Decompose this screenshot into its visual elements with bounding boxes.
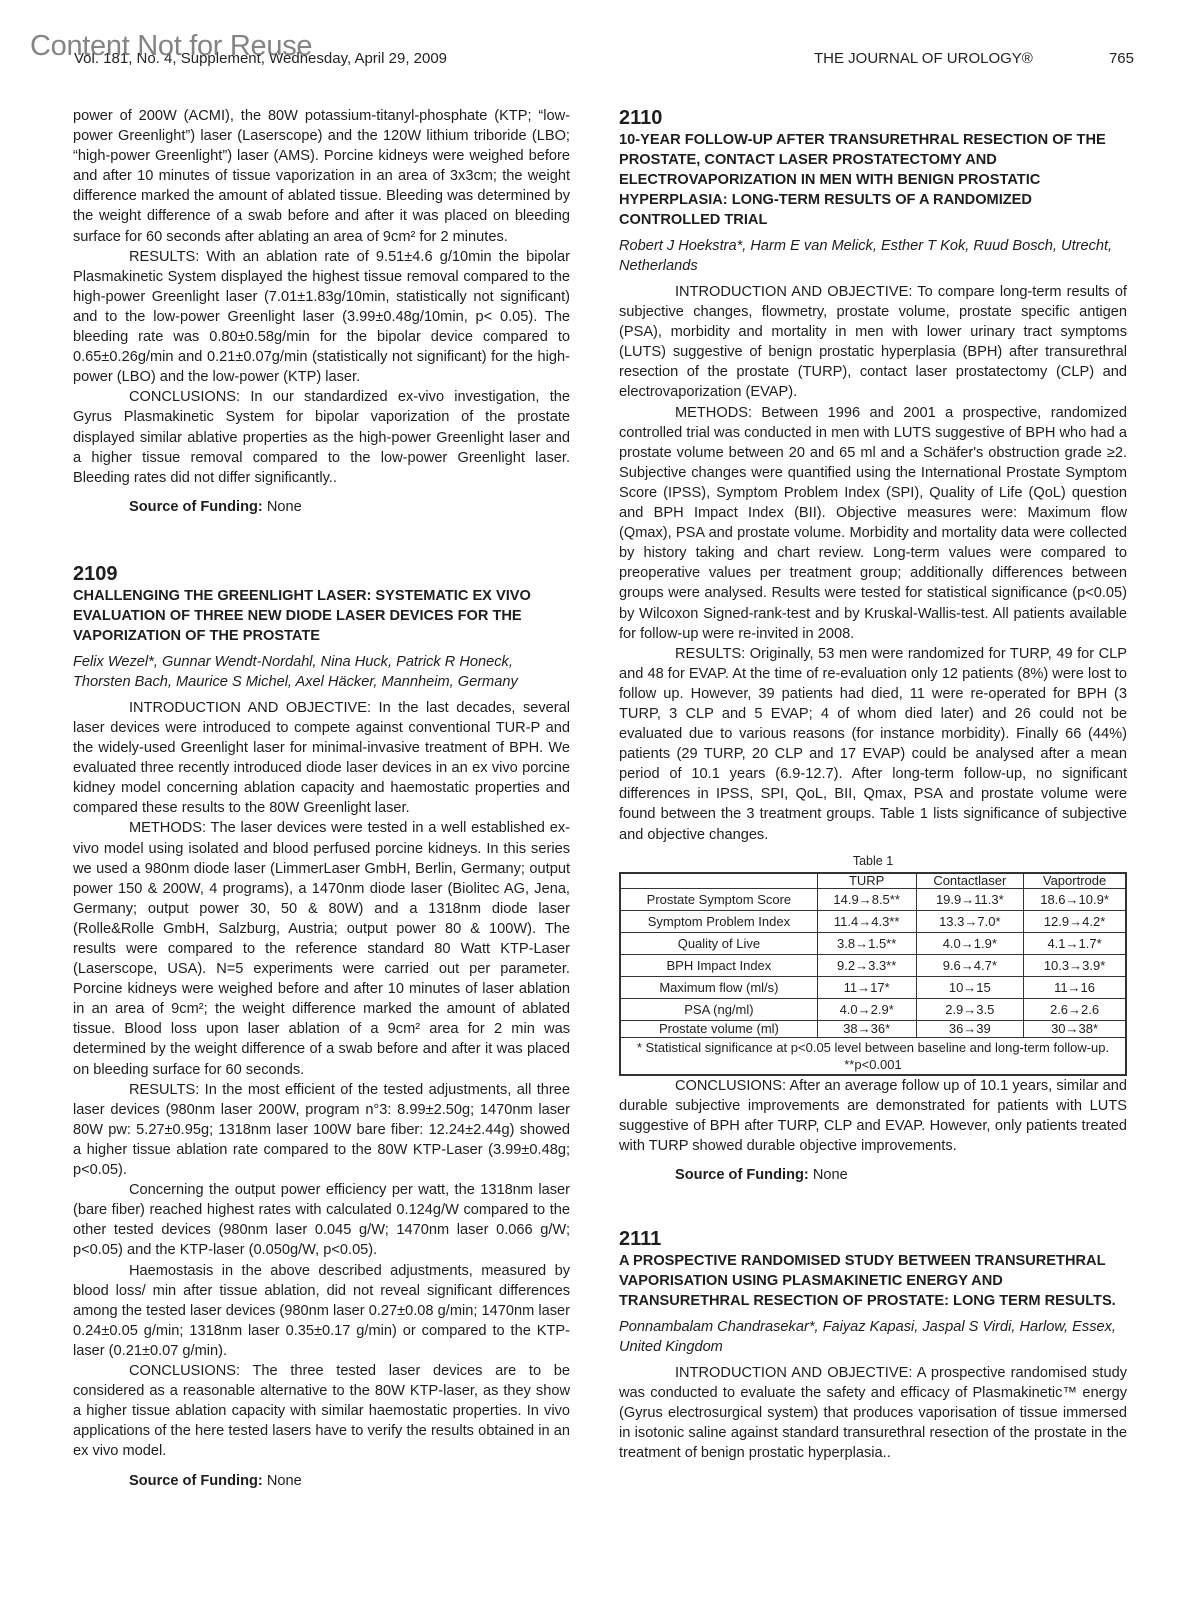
table-caption: Table 1 [619,853,1127,869]
abstract-number: 2110 [619,106,1127,130]
table-header-blank [620,873,817,889]
cell-contactlaser: 10→15 [916,976,1024,998]
table-header-turp: TURP [817,873,916,889]
cell-contactlaser: 4.0→1.9* [916,932,1024,954]
table-row: PSA (ng/ml) 4.0→2.9* 2.9→3.5 2.6→2.6 [620,998,1126,1020]
abstract-methods: METHODS: The laser devices were tested i… [73,818,570,1079]
cell-turp: 38→36* [817,1020,916,1037]
funding-label: Source of Funding: [675,1167,809,1183]
table-row: Quality of Live 3.8→1.5** 4.0→1.9* 4.1→1… [620,932,1126,954]
abstract-number: 2109 [73,562,570,586]
abstract-intro: INTRODUCTION AND OBJECTIVE: To compare l… [619,282,1127,403]
table-row: Symptom Problem Index 11.4→4.3** 13.3→7.… [620,910,1126,932]
table-footnote: * Statistical significance at p<0.05 lev… [620,1037,1126,1075]
table-row: BPH Impact Index 9.2→3.3** 9.6→4.7* 10.3… [620,954,1126,976]
abstract-2108-results: RESULTS: With an ablation rate of 9.51±4… [73,247,570,388]
cell-turp: 9.2→3.3** [817,954,916,976]
cell-vaportrode: 30→38* [1024,1020,1126,1037]
cell-contactlaser: 36→39 [916,1020,1024,1037]
funding-label: Source of Funding: [129,1473,263,1489]
abstract-authors: Ponnambalam Chandrasekar*, Faiyaz Kapasi… [619,1317,1127,1357]
funding-value: None [809,1167,848,1183]
funding-value: None [263,499,302,515]
abstract-results-haemostasis: Haemostasis in the above described adjus… [73,1261,570,1361]
abstract-authors: Felix Wezel*, Gunnar Wendt-Nordahl, Nina… [73,652,570,692]
table-header-row: TURP Contactlaser Vaportrode [620,873,1126,889]
row-label: Quality of Live [620,932,817,954]
watermark: Content Not for Reuse [30,30,312,63]
cell-turp: 11→17* [817,976,916,998]
abstract-funding: Source of Funding: None [675,1165,1127,1185]
abstract-2108-funding: Source of Funding: None [129,497,570,517]
abstract-results: RESULTS: In the most efficient of the te… [73,1080,570,1180]
table-row: Prostate volume (ml) 38→36* 36→39 30→38* [620,1020,1126,1037]
cell-contactlaser: 2.9→3.5 [916,998,1024,1020]
cell-vaportrode: 4.1→1.7* [1024,932,1126,954]
cell-turp: 3.8→1.5** [817,932,916,954]
abstract-number: 2111 [619,1227,1127,1251]
right-column: 2110 10-YEAR FOLLOW-UP AFTER TRANSURETHR… [619,106,1127,1464]
journal-name: THE JOURNAL OF UROLOGY® [814,50,1033,67]
row-label: BPH Impact Index [620,954,817,976]
abstract-authors: Robert J Hoekstra*, Harm E van Melick, E… [619,236,1127,276]
abstract-methods: METHODS: Between 1996 and 2001 a prospec… [619,403,1127,644]
row-label: Prostate volume (ml) [620,1020,817,1037]
abstract-title: A PROSPECTIVE RANDOMISED STUDY BETWEEN T… [619,1251,1127,1311]
cell-turp: 11.4→4.3** [817,910,916,932]
abstract-title: 10-YEAR FOLLOW-UP AFTER TRANSURETHRAL RE… [619,130,1127,230]
funding-label: Source of Funding: [129,499,263,515]
row-label: PSA (ng/ml) [620,998,817,1020]
abstract-2109: 2109 CHALLENGING THE GREENLIGHT LASER: S… [73,562,570,1492]
table-footnote-row: * Statistical significance at p<0.05 lev… [620,1037,1126,1075]
cell-contactlaser: 19.9→11.3* [916,888,1024,910]
cell-contactlaser: 13.3→7.0* [916,910,1024,932]
cell-turp: 4.0→2.9* [817,998,916,1020]
abstract-2108-conclusions: CONCLUSIONS: In our standardized ex-vivo… [73,387,570,487]
funding-value: None [263,1473,302,1489]
abstract-intro: INTRODUCTION AND OBJECTIVE: In the last … [73,698,570,819]
cell-turp: 14.9→8.5** [817,888,916,910]
cell-vaportrode: 18.6→10.9* [1024,888,1126,910]
table-row: Maximum flow (ml/s) 11→17* 10→15 11→16 [620,976,1126,998]
abstract-2108-methods-continued: power of 200W (ACMI), the 80W potassium-… [73,106,570,247]
results-table: TURP Contactlaser Vaportrode Prostate Sy… [619,872,1127,1076]
abstract-title: CHALLENGING THE GREENLIGHT LASER: SYSTEM… [73,586,570,646]
cell-vaportrode: 12.9→4.2* [1024,910,1126,932]
page-number: 765 [1109,50,1134,67]
cell-vaportrode: 10.3→3.9* [1024,954,1126,976]
table-row: Prostate Symptom Score 14.9→8.5** 19.9→1… [620,888,1126,910]
abstract-funding: Source of Funding: None [129,1471,570,1491]
cell-vaportrode: 2.6→2.6 [1024,998,1126,1020]
table-header-contactlaser: Contactlaser [916,873,1024,889]
abstract-conclusions: CONCLUSIONS: The three tested laser devi… [73,1361,570,1461]
abstract-intro: INTRODUCTION AND OBJECTIVE: A prospectiv… [619,1363,1127,1463]
left-column: power of 200W (ACMI), the 80W potassium-… [73,106,570,1492]
row-label: Prostate Symptom Score [620,888,817,910]
row-label: Symptom Problem Index [620,910,817,932]
abstract-2110: 2110 10-YEAR FOLLOW-UP AFTER TRANSURETHR… [619,106,1127,1185]
abstract-conclusions: CONCLUSIONS: After an average follow up … [619,1076,1127,1156]
row-label: Maximum flow (ml/s) [620,976,817,998]
cell-contactlaser: 9.6→4.7* [916,954,1024,976]
abstract-2111: 2111 A PROSPECTIVE RANDOMISED STUDY BETW… [619,1227,1127,1463]
cell-vaportrode: 11→16 [1024,976,1126,998]
abstract-results: RESULTS: Originally, 53 men were randomi… [619,644,1127,845]
table-header-vaportrode: Vaportrode [1024,873,1126,889]
abstract-results-efficiency: Concerning the output power efficiency p… [73,1180,570,1260]
